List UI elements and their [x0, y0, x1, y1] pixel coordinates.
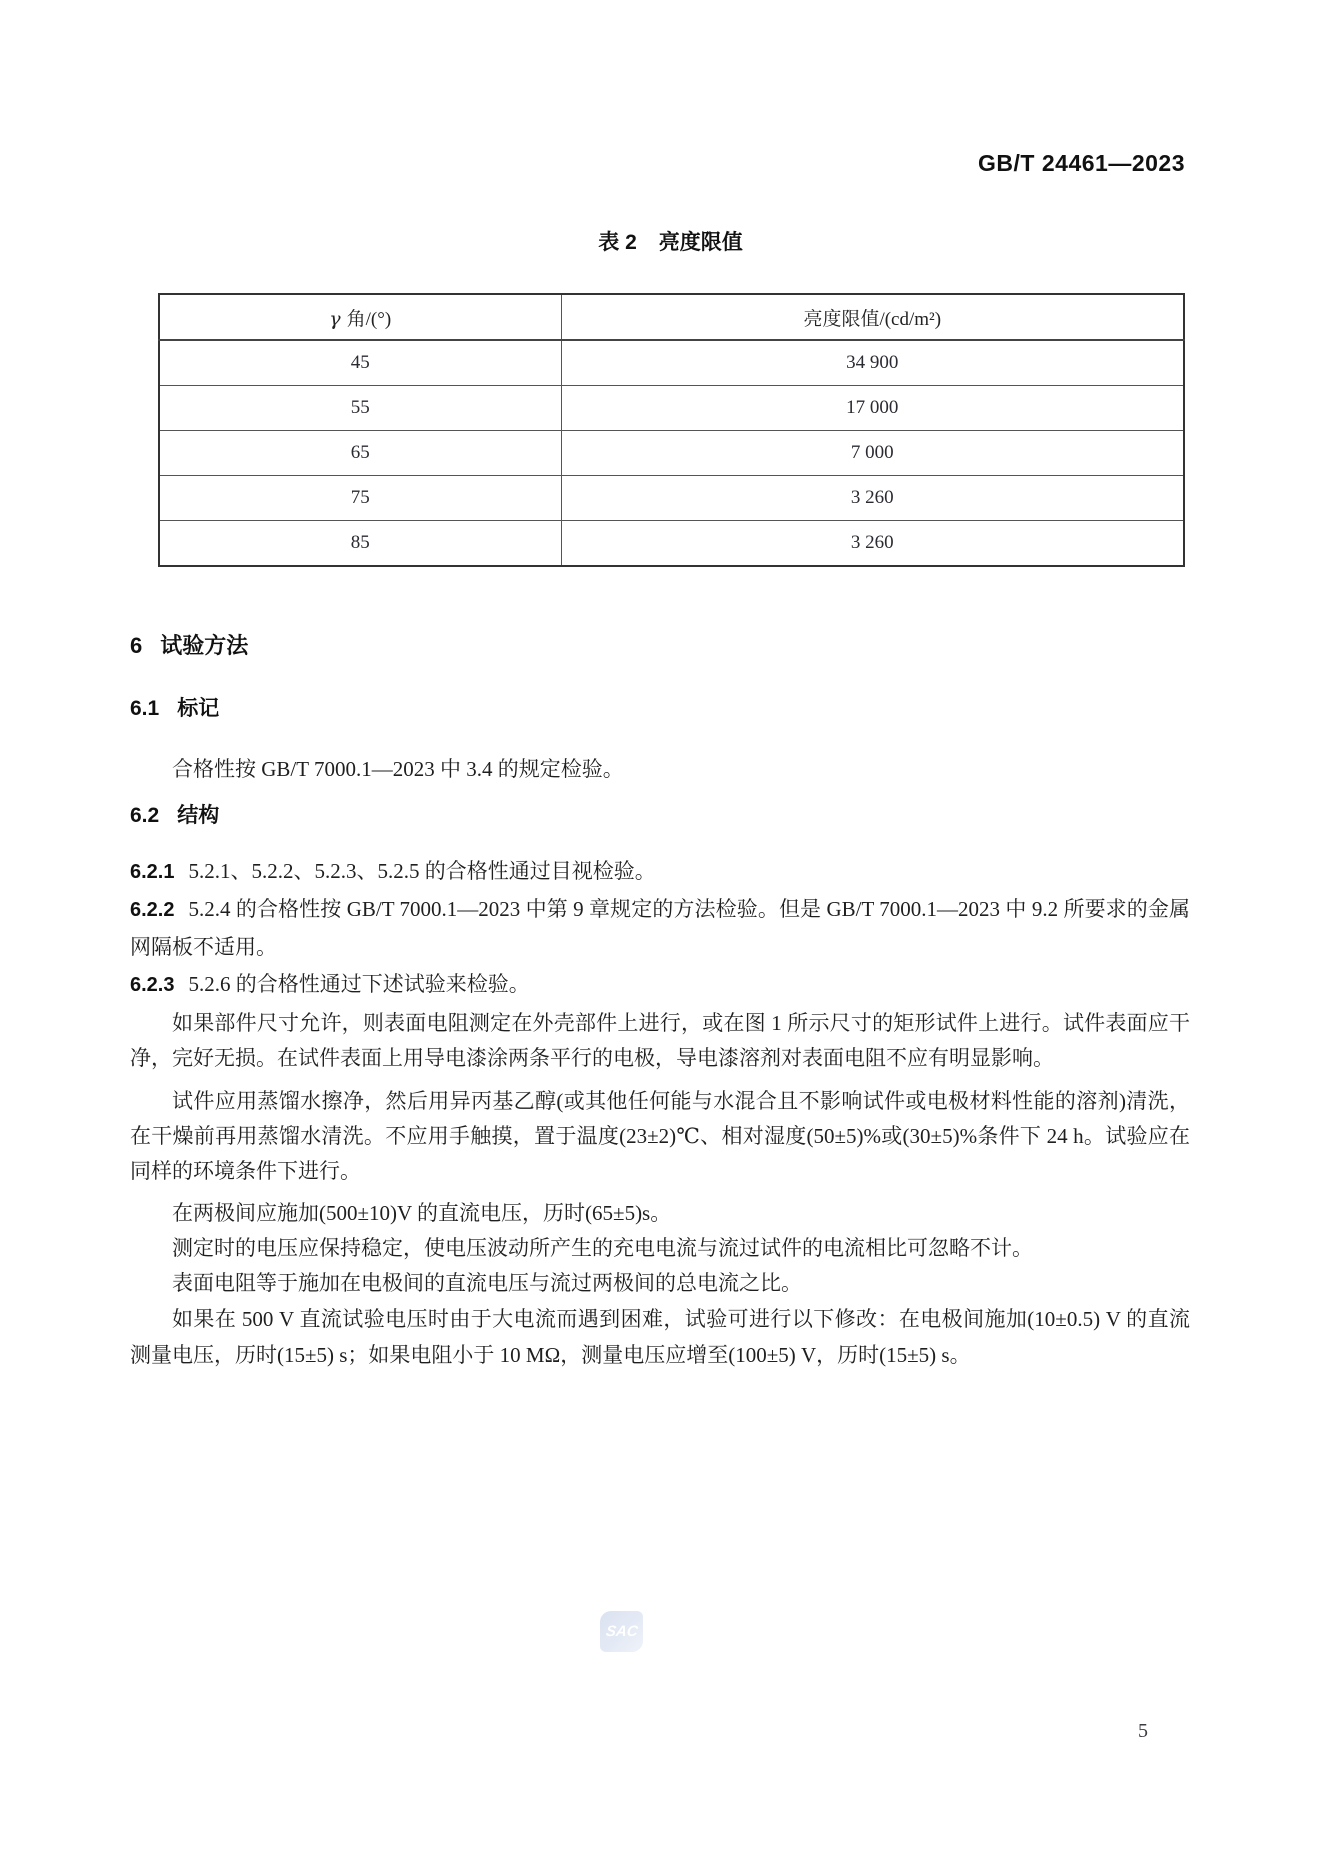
clause-6-2-3: 6.2.35.2.6 的合格性通过下述试验来检验。: [130, 966, 1190, 1004]
table-row: 65 7 000: [159, 431, 1184, 476]
section-6-title: 试验方法: [160, 633, 248, 658]
sac-logo-text: SAC: [604, 1623, 638, 1640]
table-row: 85 3 260: [159, 521, 1184, 567]
luminance-limit-value: 17 000: [561, 386, 1184, 431]
section-6-2-heading: 6.2结构: [130, 803, 1190, 829]
paragraph-surface-resistance-definition: 表面电阻等于施加在电极间的直流电压与流过两极间的总电流之比。: [130, 1266, 1190, 1301]
paragraph-applied-voltage: 在两极间应施加(500±10)V 的直流电压，历时(65±5)s。: [130, 1196, 1190, 1231]
section-6-content: 6试验方法 6.1标记 合格性按 GB/T 7000.1—2023 中 3.4 …: [130, 632, 1190, 1373]
sac-watermark-logo: SAC: [600, 1611, 643, 1652]
section-6-2-number: 6.2: [130, 804, 159, 827]
table-caption-label: 表 2: [598, 231, 637, 254]
section-6-2-title: 结构: [177, 804, 219, 827]
section-6-number: 6: [130, 633, 142, 658]
clause-6-2-3-number: 6.2.3: [130, 974, 174, 996]
luminance-limit-value: 34 900: [561, 340, 1184, 386]
gamma-angle-value: 65: [159, 431, 561, 476]
column-header-luminance-limit: 亮度限值/(cd/m²): [561, 294, 1184, 340]
section-6-1-title: 标记: [177, 697, 219, 720]
clause-6-2-3-text: 5.2.6 的合格性通过下述试验来检验。: [188, 972, 529, 996]
table-caption: 表 2亮度限值: [158, 226, 1183, 256]
paragraph-cleaning-conditioning: 试件应用蒸馏水擦净，然后用异丙基乙醇(或其他任何能与水混合且不影响试件或电极材料…: [130, 1084, 1190, 1189]
section-6-1-heading: 6.1标记: [130, 696, 1190, 722]
section-6-1-number: 6.1: [130, 697, 159, 720]
paragraph-specimen-surface: 如果部件尺寸允许，则表面电阻测定在外壳部件上进行，或在图 1 所示尺寸的矩形试件…: [130, 1006, 1190, 1076]
luminance-limit-value: 3 260: [561, 476, 1184, 521]
paragraph-voltage-stability: 测定时的电压应保持稳定，使电压波动所产生的充电电流与流过试件的电流相比可忽略不计…: [130, 1231, 1190, 1266]
luminance-limit-value: 3 260: [561, 521, 1184, 567]
table-row: 55 17 000: [159, 386, 1184, 431]
gamma-angle-value: 45: [159, 340, 561, 386]
standard-number-header: GB/T 24461—2023: [978, 150, 1185, 177]
luminance-limit-value: 7 000: [561, 431, 1184, 476]
clause-6-2-1: 6.2.15.2.1、5.2.2、5.2.3、5.2.5 的合格性通过目视检验。: [130, 853, 1190, 891]
clause-6-2-2: 6.2.25.2.4 的合格性按 GB/T 7000.1—2023 中第 9 章…: [130, 891, 1190, 966]
gamma-angle-value: 55: [159, 386, 561, 431]
gamma-angle-label: 角/(°): [347, 309, 392, 330]
clause-6-2-1-number: 6.2.1: [130, 861, 174, 883]
gamma-angle-value: 85: [159, 521, 561, 567]
gamma-symbol: γ: [329, 308, 340, 330]
column-header-gamma-angle: γ角/(°): [159, 294, 561, 340]
section-6-1-paragraph: 合格性按 GB/T 7000.1—2023 中 3.4 的规定检验。: [130, 752, 1190, 787]
luminance-limit-table: γ角/(°) 亮度限值/(cd/m²) 45 34 900 55 17 000 …: [158, 293, 1185, 567]
table-row: 45 34 900: [159, 340, 1184, 386]
clause-6-2-2-text: 5.2.4 的合格性按 GB/T 7000.1—2023 中第 9 章规定的方法…: [130, 897, 1190, 959]
clause-6-2-1-text: 5.2.1、5.2.2、5.2.3、5.2.5 的合格性通过目视检验。: [188, 859, 655, 883]
document-page: GB/T 24461—2023 表 2亮度限值 γ角/(°) 亮度限值/(cd/…: [0, 0, 1323, 1871]
section-6-2-clauses: 6.2.15.2.1、5.2.2、5.2.3、5.2.5 的合格性通过目视检验。…: [130, 853, 1190, 1004]
page-number: 5: [1138, 1720, 1148, 1743]
table-header-row: γ角/(°) 亮度限值/(cd/m²): [159, 294, 1184, 340]
paragraph-modified-test-voltage: 如果在 500 V 直流试验电压时由于大电流而遇到困难，试验可进行以下修改：在电…: [130, 1301, 1190, 1373]
clause-6-2-2-number: 6.2.2: [130, 899, 174, 921]
gamma-angle-value: 75: [159, 476, 561, 521]
section-6-heading: 6试验方法: [130, 632, 1190, 660]
table-row: 75 3 260: [159, 476, 1184, 521]
table-caption-text: 亮度限值: [659, 231, 743, 254]
